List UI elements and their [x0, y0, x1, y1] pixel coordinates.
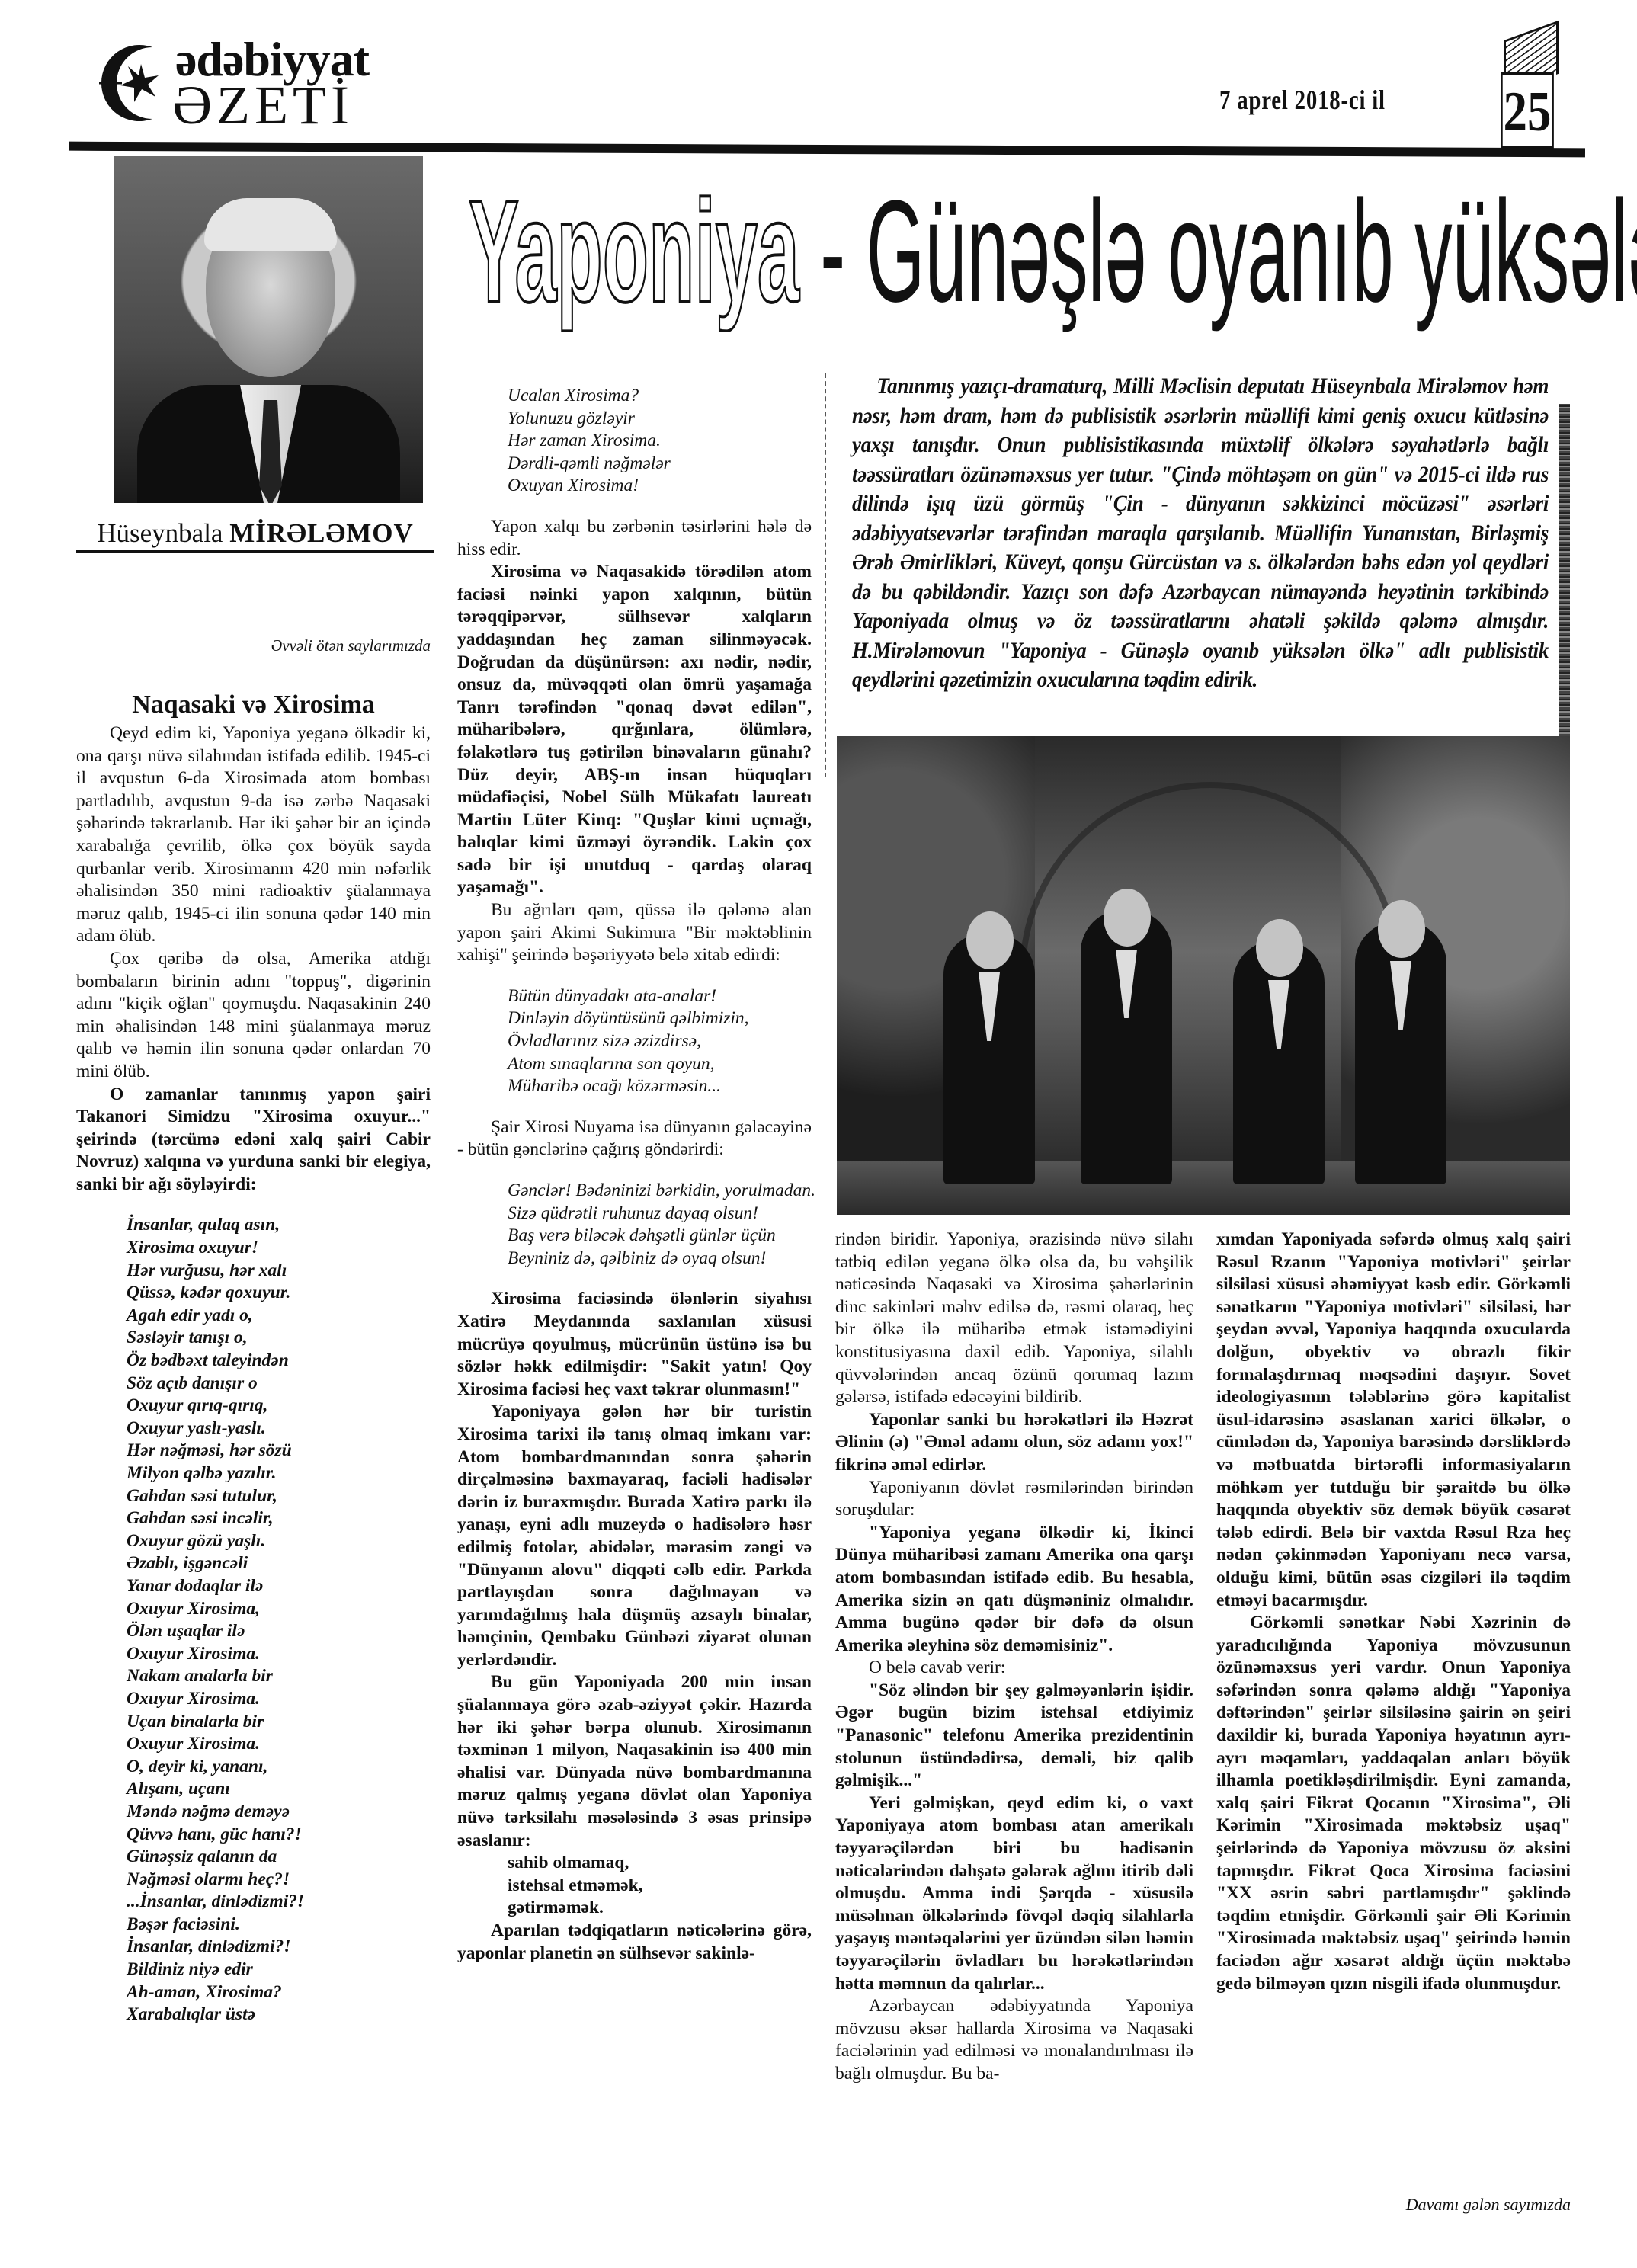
headline-outline-word: Yaponiya: [469, 171, 799, 332]
poem-line: Öz bədbəxt taleyindən: [127, 1350, 431, 1373]
photo-person-4: [1355, 921, 1446, 1184]
photo-person-3-head: [1256, 919, 1303, 977]
poem-line: Oxuyur Xirosima.: [127, 1688, 431, 1711]
poem-line: Uçan binalarla bir: [127, 1711, 431, 1734]
poem-line: Əzablı, işgəncəli: [127, 1552, 431, 1575]
photo-person-2-head: [1104, 889, 1151, 947]
poem-line: Oxuyan Xirosima!: [508, 475, 812, 498]
poem-line: Ah-aman, Xirosima?: [127, 1981, 431, 2004]
logo-text-bottom: ƏZETİ: [172, 78, 354, 133]
poem-line: O, deyir ki, yananı,: [127, 1756, 431, 1779]
poem-line: Hər vurğusu, hər xalı: [127, 1260, 431, 1283]
portrait-hair: [204, 198, 337, 251]
poem-line: Övladlarınız sizə əzizdirsə,: [508, 1030, 812, 1053]
poem-line: İnsanlar, dinlədizmi?!: [127, 1936, 431, 1959]
poem-mektеblinin-xahisi: Bütün dünyadakı ata-analar! Dinləyin döy…: [457, 985, 812, 1098]
principle-item: istehsal etməmək,: [508, 1875, 812, 1898]
intro-box-shadow: [1559, 404, 1570, 747]
paragraph: Xirosima faciəsində ölənlərin siyahısı X…: [457, 1288, 812, 1401]
poem-continuation: Ucalan Xirosima? Yolunuzu gözləyir Hər z…: [457, 385, 812, 498]
paragraph: Yaponiyanın dövlət rəsmilərindən birində…: [835, 1477, 1193, 1522]
poem-line: Hər zaman Xirosima.: [508, 430, 812, 453]
paragraph: "Yaponiya yeganə ölkədir ki, İkinci Düny…: [835, 1522, 1193, 1658]
poem-line: Qüvvə hanı, güc hanı?!: [127, 1824, 431, 1847]
paragraph: Bu gün Yaponiyada 200 min insan şüalanma…: [457, 1671, 812, 1852]
paragraph: Qeyd edim ki, Yaponiya yeganə ölkədir ki…: [76, 722, 431, 948]
photo-person-3: [1233, 940, 1325, 1184]
poem-line: Alışanı, uçanı: [127, 1778, 431, 1801]
poem-line: Atom sınaqlarına son qoyun,: [508, 1053, 812, 1076]
paragraph: "Söz əlindən bir şey gəlməyənlərin işidi…: [835, 1680, 1193, 1792]
photo-person-4-head: [1378, 900, 1425, 958]
poem-line: Oxuyur Xirosima.: [127, 1733, 431, 1756]
photo-person-1-head: [966, 911, 1014, 969]
poem-line: İnsanlar, qulaq asın,: [127, 1214, 431, 1237]
newspaper-masthead: ədəbiyyat ƏZETİ: [99, 30, 351, 137]
poem-line: Müharibə ocağı közərməsin...: [508, 1075, 812, 1098]
page-number: 25: [1501, 72, 1554, 149]
poem-line: Beyniniz də, qəlbiniz də oyaq olsun!: [508, 1248, 812, 1270]
author-portrait: [114, 156, 423, 503]
poem-line: Gənclər! Bədəninizi bərkidin, yorulmadan…: [508, 1180, 812, 1203]
previous-issue-note: Əvvəli ötən saylarımızda: [76, 636, 431, 655]
paragraph: Azərbaycan ədəbiyyatında Yaponiya mövzus…: [835, 1995, 1193, 2085]
paragraph: Şair Xirosi Nuyama isə dünyanın gələcəyi…: [457, 1116, 812, 1161]
continued-note: Davamı gələn sayımızda: [1216, 2195, 1571, 2215]
column-2: Ucalan Xirosima? Yolunuzu gözləyir Hər z…: [457, 385, 812, 1965]
poem-line: Gahdan səsi tutulur,: [127, 1485, 431, 1508]
principle-item: sahib olmamaq,: [508, 1852, 812, 1875]
paragraph: rindən biridir. Yaponiya, ərazisində nüv…: [835, 1228, 1193, 1409]
poem-line: Bəşər faciəsini.: [127, 1914, 431, 1936]
paragraph: Çox qəribə də olsa, Amerika atdığı bomba…: [76, 948, 431, 1084]
author-last-name: MİRƏLƏMOV: [229, 518, 414, 548]
poem-line: Sizə qüdrətli ruhunuz dayaq olsun!: [508, 1203, 812, 1225]
paragraph: Bu ağrıları qəm, qüssə ilə qələmə alan y…: [457, 899, 812, 967]
paragraph: Yaponlar sanki bu hərəkətləri ilə Həzrət…: [835, 1409, 1193, 1477]
poem-line: Yolunuzu gözləyir: [508, 408, 812, 431]
intro-text: Tanınmış yazıçı-dramaturq, Milli Məclisi…: [852, 372, 1549, 695]
group-photo: [837, 736, 1570, 1215]
poem-line: Oxuyur qırıq-qırıq,: [127, 1395, 431, 1417]
poem-line: Milyon qəlbə yazılır.: [127, 1462, 431, 1485]
paragraph: O zamanlar tanınmış yapon şairi Takanori…: [76, 1084, 431, 1196]
article-headline: Yaponiya - Günəşlə oyanıb yüksələn ölkə: [469, 160, 1051, 373]
poem-line: Oxuyur Xirosima.: [127, 1643, 431, 1666]
poem-line: Yanar dodaqlar ilə: [127, 1575, 431, 1598]
poem-line: Səsləyir tanışı o,: [127, 1327, 431, 1350]
poem-line: Nakam analarla bir: [127, 1665, 431, 1688]
paragraph: Xirosima və Naqasakidə törədilən atom fa…: [457, 561, 812, 899]
headline-rest: - Günəşlə oyanıb yüksələn ölkə: [820, 171, 1637, 332]
principles-list: sahib olmamaq, istehsal etməmək, gətirmə…: [457, 1852, 812, 1920]
poem-line: Bildiniz niyə edir: [127, 1959, 431, 1981]
poem-line: Nəğməsi olarmı heç?!: [127, 1869, 431, 1892]
column-4: xımdan Yaponiyada səfərdə olmuş xalq şai…: [1216, 1228, 1571, 1995]
poem-line: Qüssə, kədər qoxuyur.: [127, 1282, 431, 1305]
poem-line: Oxuyur yaslı-yaslı.: [127, 1417, 431, 1440]
column-1: Qeyd edim ki, Yaponiya yeganə ölkədir ki…: [76, 722, 431, 2045]
poem-xirosima-oxuyur: İnsanlar, qulaq asın, Xirosima oxuyur! H…: [76, 1214, 431, 2026]
poem-line: Dərdli-qəmli nəğmələr: [508, 453, 812, 476]
photo-person-1: [943, 933, 1035, 1184]
paragraph: Görkəmli sənətkar Nəbi Xəzrinin də yarad…: [1216, 1612, 1571, 1995]
poem-line: Hər nəğməsi, hər sözü: [127, 1440, 431, 1462]
paragraph: Yaponiyaya gələn hər bir turistin Xirosi…: [457, 1401, 812, 1671]
paragraph: Aparılan tədqiqatların nəticələrinə görə…: [457, 1920, 812, 1965]
poem-line: Günəşsiz qalanın da: [127, 1846, 431, 1869]
column-divider: [825, 373, 826, 777]
section-title: Naqasaki və Xirosima: [76, 690, 431, 719]
issue-date: 7 aprel 2018-ci il: [1219, 84, 1386, 116]
poem-genclere-cagiris: Gənclər! Bədəninizi bərkidin, yorulmadan…: [457, 1180, 812, 1270]
poem-line: Söz açıb danışır o: [127, 1373, 431, 1395]
star-crescent-emblem-icon: [99, 41, 183, 125]
poem-line: Oxuyur Xirosima,: [127, 1598, 431, 1621]
poem-line: Bütün dünyadakı ata-analar!: [508, 985, 812, 1008]
poem-line: ...İnsanlar, dinlədizmi?!: [127, 1891, 431, 1914]
author-first-name: Hüseynbala: [97, 518, 223, 548]
poem-line: Ucalan Xirosima?: [508, 385, 812, 408]
paragraph: O belə cavab verir:: [835, 1657, 1193, 1680]
poem-line: Agah edir yadı o,: [127, 1305, 431, 1328]
poem-line: Oxuyur gözü yaşlı.: [127, 1530, 431, 1553]
header-divider: [69, 142, 1585, 158]
paragraph: Yeri gəlmişkən, qeyd edim ki, o vaxt Yap…: [835, 1792, 1193, 1995]
poem-line: Baş verə biləcək dəhşətli günlər üçün: [508, 1225, 812, 1248]
author-byline: Hüseynbala MİRƏLƏMOV: [76, 518, 434, 553]
page-number-badge: 25: [1490, 30, 1566, 152]
editorial-intro: Tanınmış yazıçı-dramaturq, Milli Məclisi…: [852, 372, 1549, 730]
poem-line: Məndə nəğmə deməyə: [127, 1801, 431, 1824]
poem-line: Ölən uşaqlar ilə: [127, 1620, 431, 1643]
column-3: rindən biridir. Yaponiya, ərazisində nüv…: [835, 1228, 1193, 2086]
poem-line: Xarabalıqlar üstə: [127, 2004, 431, 2026]
poem-line: Xirosima oxuyur!: [127, 1237, 431, 1260]
paragraph: xımdan Yaponiyada səfərdə olmuş xalq şai…: [1216, 1228, 1571, 1612]
poem-line: Dinləyin döyüntüsünü qəlbimizin,: [508, 1007, 812, 1030]
poem-line: Gahdan səsi incəlir,: [127, 1507, 431, 1530]
paragraph: Yapon xalqı bu zərbənin təsirlərini hələ…: [457, 516, 812, 561]
principle-item: gətirməmək.: [508, 1897, 812, 1920]
